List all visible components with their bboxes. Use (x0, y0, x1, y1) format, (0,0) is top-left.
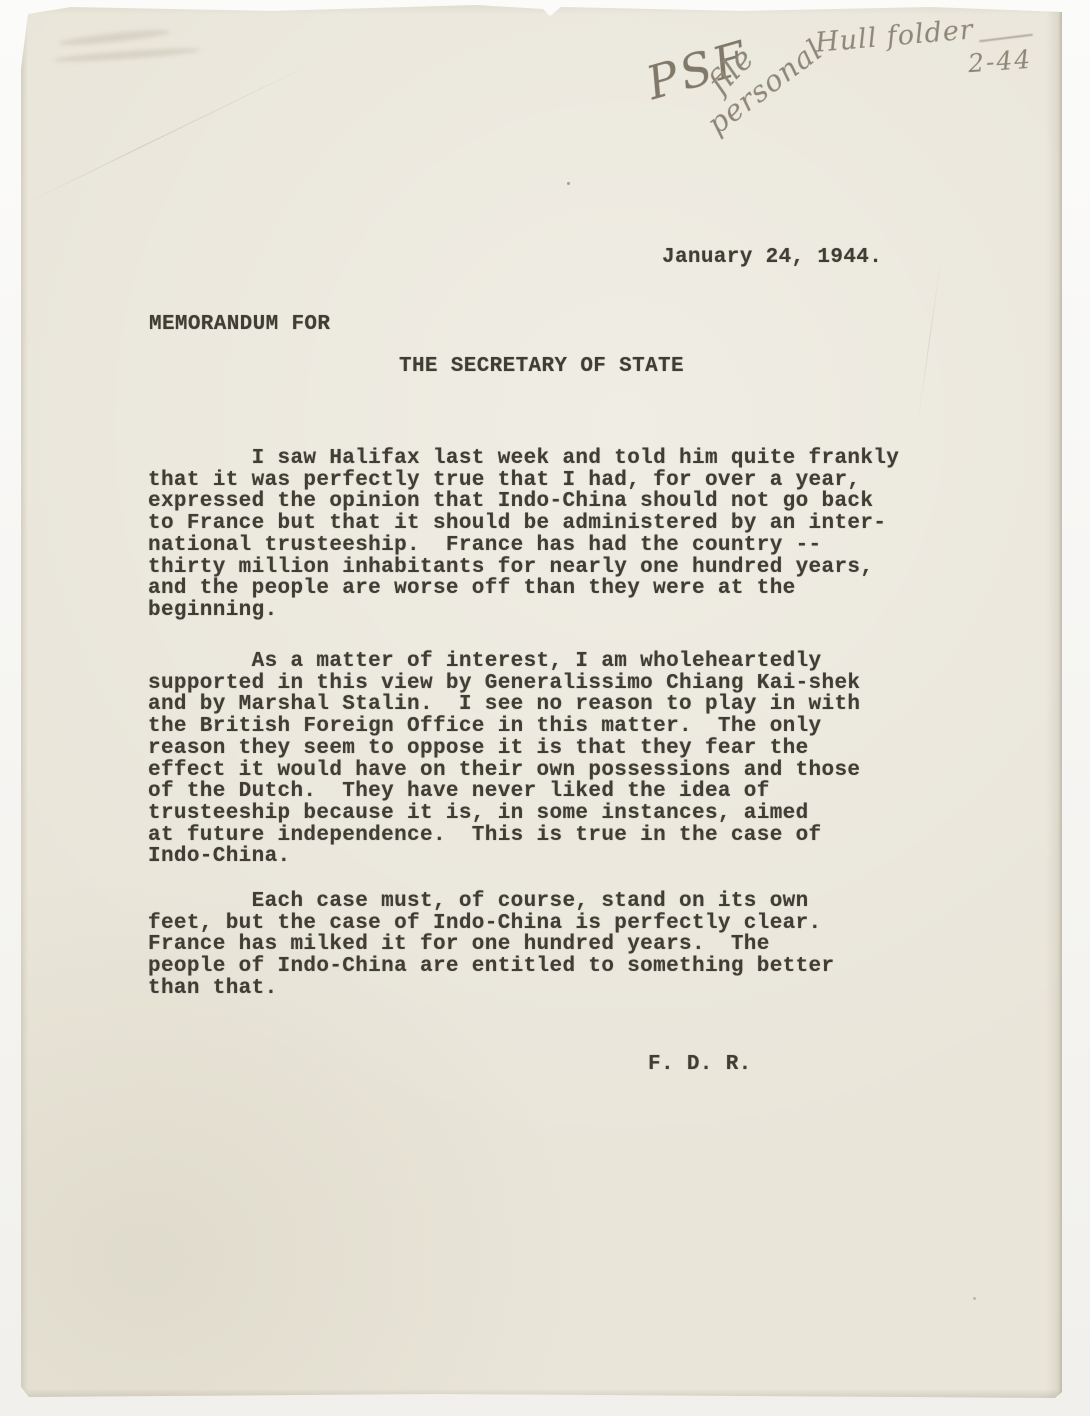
memo-signature: F. D. R. (648, 1054, 752, 1076)
scanned-document: PSF file personal Hull folder 2-44 Janua… (0, 0, 1090, 1416)
pencil-smudge (59, 27, 171, 48)
memo-paragraph-3: Each case must, of course, stand on its … (148, 891, 834, 1000)
memo-heading: MEMORANDUM FOR (149, 314, 330, 336)
pencil-smudge (53, 46, 201, 64)
paper-crease (917, 256, 942, 424)
memo-recipient: THE SECRETARY OF STATE (399, 356, 684, 378)
pencil-flourish-line (979, 34, 1033, 43)
paper-crease (21, 60, 318, 206)
ink-speck (567, 182, 570, 185)
memo-paragraph-2: As a matter of interest, I am wholeheart… (148, 651, 860, 868)
memo-paragraph-1: I saw Halifax last week and told him qui… (148, 448, 899, 622)
annotation-folder-number: 2-44 (967, 45, 1033, 78)
memo-date: January 24, 1944. (662, 247, 882, 269)
ink-speck (973, 1297, 976, 1300)
memo-page: PSF file personal Hull folder 2-44 Janua… (21, 5, 1062, 1398)
annotation-hull-folder: Hull folder (814, 14, 975, 59)
